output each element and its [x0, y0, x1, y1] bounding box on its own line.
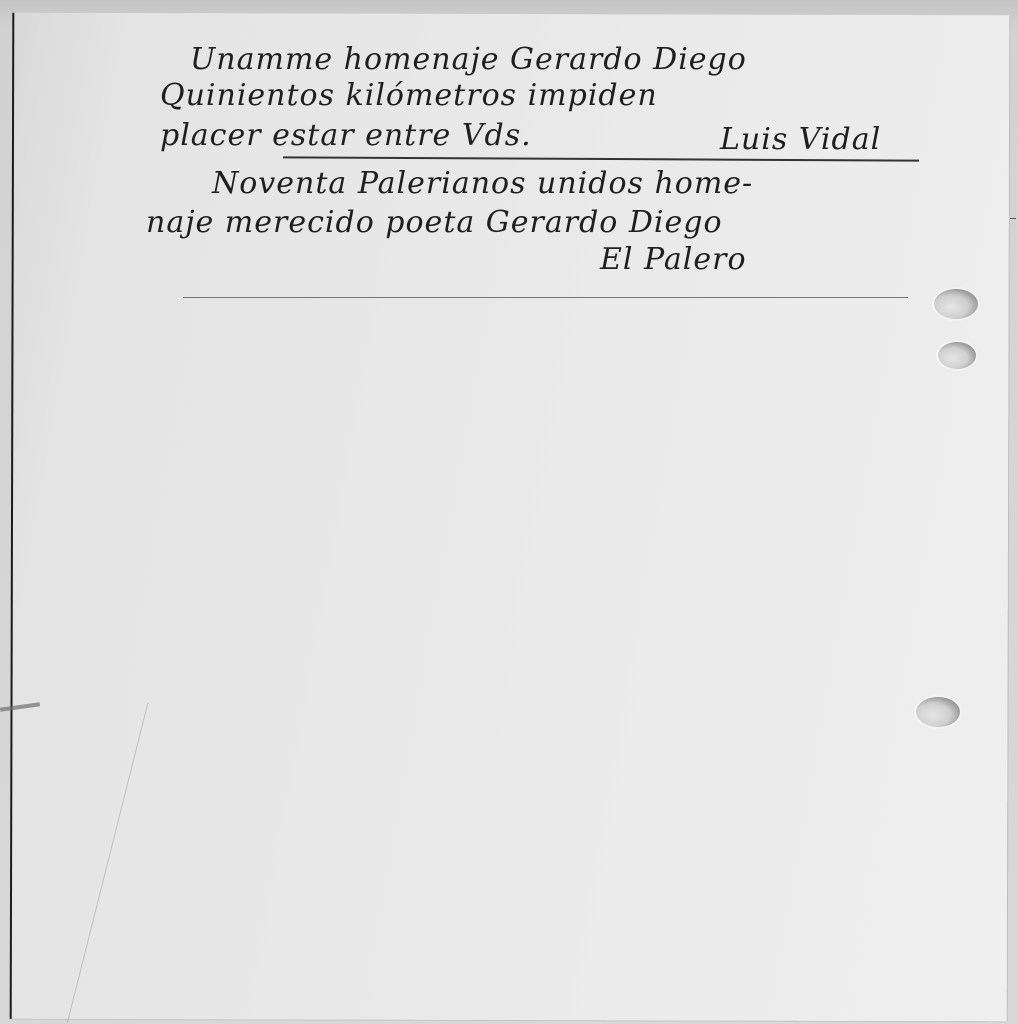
message-2-line-1: Noventa Palerianos unidos home-: [212, 166, 753, 201]
punch-hole-icon: [916, 697, 960, 727]
signature-el-palero: El Palero: [600, 242, 747, 277]
message-1-line-1: Unamme homenaje Gerardo Diego: [190, 42, 747, 77]
divider-line: [183, 297, 908, 298]
message-2-line-2: naje merecido poeta Gerardo Diego: [146, 205, 723, 240]
edge-mark: [1010, 218, 1016, 219]
message-1-line-3: placer estar entre Vds.: [160, 118, 532, 153]
paper-sheet: [10, 13, 1010, 1022]
signature-luis-vidal: Luis Vidal: [720, 122, 881, 157]
punch-hole-icon: [938, 342, 976, 369]
punch-hole-icon: [934, 289, 978, 319]
message-1-line-2: Quinientos kilómetros impiden: [160, 78, 658, 113]
